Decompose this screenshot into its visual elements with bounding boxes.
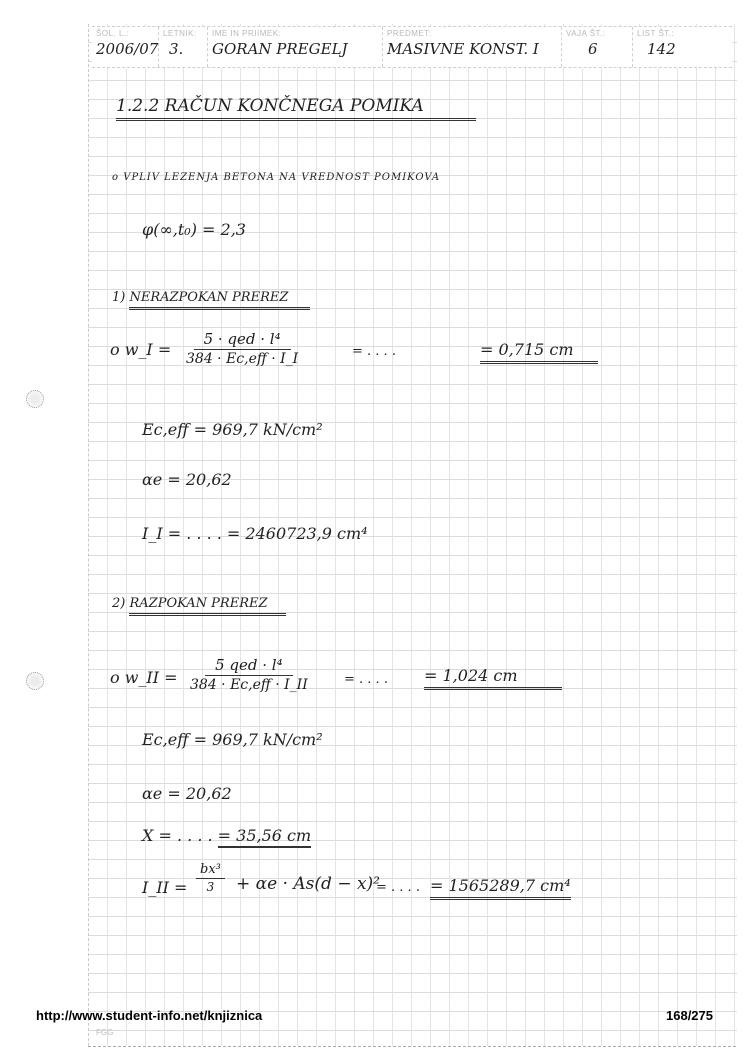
bottom-border <box>88 1046 736 1047</box>
section2-neutral-axis: X = . . . . = 35,56 cm <box>142 826 311 845</box>
section1-heading: 1) NERAZPOKAN PREREZ <box>112 290 310 305</box>
intro-text: o VPLIV LEZENJA BETONA NA VREDNOST POMIK… <box>112 172 440 183</box>
header-field-name: IME IN PRIIMEK: GORAN PREGELJ <box>208 27 383 67</box>
section1-alpha-e: αe = 20,62 <box>142 470 232 489</box>
header-field-subject: PREDMET: MASIVNE KONST. I <box>383 27 562 67</box>
section1-deflection-ellipsis: = . . . . <box>352 344 396 359</box>
creep-coefficient: φ(∞,t₀) = 2,3 <box>142 220 246 239</box>
footer-page-number: 168/275 <box>666 1008 713 1023</box>
section2-alpha-e: αe = 20,62 <box>142 784 232 803</box>
header-field-school-year: ŠOL. L.: 2006/07 <box>92 27 159 67</box>
intro-bullet: o <box>112 172 119 183</box>
section2-heading: 2) RAZPOKAN PREREZ <box>112 596 286 611</box>
header-field-sheet: LIST ŠT.: 142 <box>633 27 697 67</box>
section2-inertia-term2: + αe · As(d − x)² <box>236 874 380 894</box>
section-title: 1.2.2 RAČUN KONČNEGA POMIKA <box>116 96 476 121</box>
footer-source-link[interactable]: http://www.student-info.net/knjiznica <box>36 1008 262 1023</box>
section1-deflection-lhs: o w_I = <box>110 340 171 359</box>
section2-inertia-fraction: bx³ 3 <box>196 862 225 894</box>
section1-deflection-result: = 0,715 cm <box>480 340 598 364</box>
binder-hole-top <box>26 390 44 408</box>
section2-inertia-result: = 1565289,7 cm⁴ <box>430 876 571 900</box>
section1-deflection-fraction: 5 · qed · l⁴ 384 · Ec,eff · I_I <box>186 330 298 367</box>
footer-code: FGG <box>96 1028 113 1037</box>
section2-deflection-ellipsis: = . . . . <box>344 672 388 687</box>
section1-ec-eff: Ec,eff = 969,7 kN/cm² <box>142 420 323 439</box>
header-field-exercise: VAJA ŠT.: 6 <box>562 27 633 67</box>
section2-inertia-ellipsis: = . . . . <box>376 880 420 895</box>
header-field-year: LETNIK: 3. <box>159 27 208 67</box>
section2-deflection-lhs: o w_II = <box>110 668 178 687</box>
section1-inertia: I_I = . . . . = 2460723,9 cm⁴ <box>142 524 368 543</box>
section2-deflection-result: = 1,024 cm <box>424 666 562 690</box>
binder-hole-bottom <box>26 672 44 690</box>
worksheet-header: ŠOL. L.: 2006/07 LETNIK: 3. IME IN PRIIM… <box>92 26 732 68</box>
section2-deflection-fraction: 5 qed · l⁴ 384 · Ec,eff · I_II <box>190 656 308 693</box>
section2-ec-eff: Ec,eff = 969,7 kN/cm² <box>142 730 323 749</box>
section2-inertia-lhs: I_II = <box>142 878 187 897</box>
